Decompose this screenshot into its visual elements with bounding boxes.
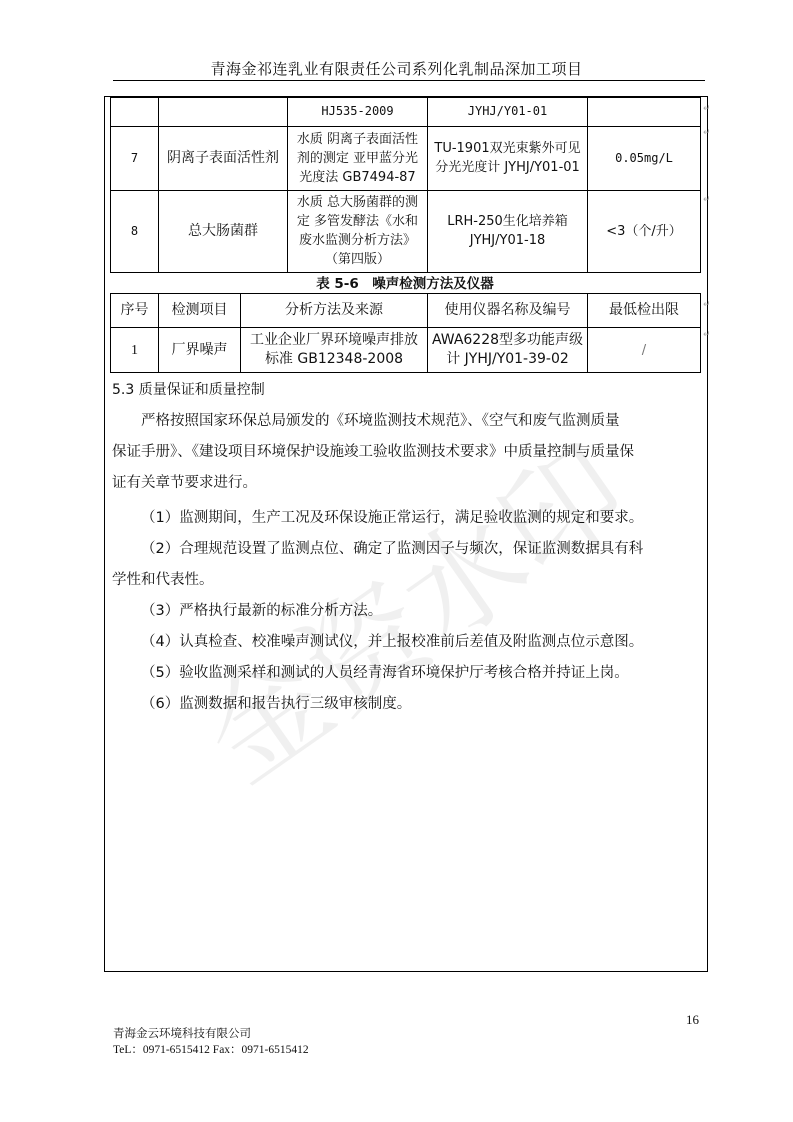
qc-item: （3）严格执行最新的标准分析方法。 — [141, 599, 382, 620]
table-row: 8 总大肠菌群 水质 总大肠菌群的测定 多管发酵法《水和废水监测分析方法》（第四… — [111, 190, 701, 272]
paragraph-mark-icon: ↵ — [703, 128, 711, 138]
table-row: 7 阴离子表面活性剂 水质 阴离子表面活性剂的测定 亚甲蓝分光光度法 GB749… — [111, 126, 701, 190]
qc-item: （2）合理规范设置了监测点位、确定了监测因子与频次，保证监测数据具有科 — [141, 537, 643, 558]
table-caption: 表 5-6 噪声检测方法及仪器 — [110, 272, 700, 292]
cell-method: HJ535-2009 — [288, 97, 428, 126]
table-noise-methods: 序号 检测项目 分析方法及来源 使用仪器名称及编号 最低检出限 1 厂界噪声 工… — [110, 293, 701, 373]
header-limit: 最低检出限 — [588, 294, 701, 328]
cell-instrument: JYHJ/Y01-01 — [428, 97, 588, 126]
cell-item: 厂界噪声 — [159, 328, 241, 373]
intro-line: 严格按照国家环保总局颁发的《环境监测技术规范》、《空气和废气监测质量 — [112, 406, 704, 437]
table-header-row: 序号 检测项目 分析方法及来源 使用仪器名称及编号 最低检出限 — [111, 294, 701, 328]
cell-instrument: LRH-250生化培养箱 JYHJ/Y01-18 — [428, 190, 588, 272]
table-row: HJ535-2009 JYHJ/Y01-01 — [111, 97, 701, 126]
cell-instrument: TU-1901双光束紫外可见分光光度计 JYHJ/Y01-01 — [428, 126, 588, 190]
intro-paragraph: 严格按照国家环保总局颁发的《环境监测技术规范》、《空气和废气监测质量 保证手册》… — [112, 406, 704, 499]
table-water-methods-continued: HJ535-2009 JYHJ/Y01-01 7 阴离子表面活性剂 水质 阴离子… — [110, 96, 701, 273]
qc-item: （5）验收监测采样和测试的人员经青海省环境保护厅考核合格并持证上岗。 — [141, 661, 629, 682]
section-heading: 5.3 质量保证和质量控制 — [112, 379, 265, 399]
qc-item: （1）监测期间，生产工况及环保设施正常运行，满足验收监测的规定和要求。 — [141, 506, 643, 527]
paragraph-mark-icon: ↵ — [703, 330, 711, 340]
footer-company: 青海金云环境科技有限公司 — [113, 1025, 251, 1041]
qc-item: （4）认真检查、校准噪声测试仪，并上报校准前后差值及附监测点位示意图。 — [141, 630, 643, 651]
cell-limit: <3（个/升） — [588, 190, 701, 272]
cell-no: 1 — [111, 328, 159, 373]
intro-line: 证有关章节要求进行。 — [112, 468, 704, 499]
cell-no: 7 — [111, 126, 159, 190]
qc-item: （6）监测数据和报告执行三级审核制度。 — [141, 692, 411, 713]
cell-limit: 0.05mg/L — [588, 126, 701, 190]
qc-item-continuation: 学性和代表性。 — [112, 568, 214, 589]
cell-method: 工业企业厂界环境噪声排放标准 GB12348-2008 — [241, 328, 428, 373]
footer-contact: TeL：0971-6515412 Fax：0971-6515412 — [113, 1041, 309, 1057]
header-method: 分析方法及来源 — [241, 294, 428, 328]
cell-no — [111, 97, 159, 126]
cell-method: 水质 阴离子表面活性剂的测定 亚甲蓝分光光度法 GB7494-87 — [288, 126, 428, 190]
page-number: 16 — [686, 1012, 699, 1028]
cell-limit — [588, 97, 701, 126]
cell-instrument: AWA6228型多功能声级计 JYHJ/Y01-39-02 — [428, 328, 588, 373]
table-row: 1 厂界噪声 工业企业厂界环境噪声排放标准 GB12348-2008 AWA62… — [111, 328, 701, 373]
cell-item: 总大肠菌群 — [159, 190, 288, 272]
cell-item: 阴离子表面活性剂 — [159, 126, 288, 190]
header-item: 检测项目 — [159, 294, 241, 328]
header-instrument: 使用仪器名称及编号 — [428, 294, 588, 328]
cell-method: 水质 总大肠菌群的测定 多管发酵法《水和废水监测分析方法》（第四版） — [288, 190, 428, 272]
header-rule — [113, 80, 705, 81]
paragraph-mark-icon: ↵ — [703, 300, 711, 310]
cell-item — [159, 97, 288, 126]
header-no: 序号 — [111, 294, 159, 328]
cell-no: 8 — [111, 190, 159, 272]
intro-line: 保证手册》、《建设项目环境保护设施竣工验收监测技术要求》中质量控制与质量保 — [112, 437, 704, 468]
document-header-title: 青海金祁连乳业有限责任公司系列化乳制品深加工项目 — [0, 58, 793, 79]
paragraph-mark-icon: ↵ — [703, 195, 711, 205]
paragraph-mark-icon: ↵ — [703, 104, 711, 114]
cell-limit: / — [588, 328, 701, 373]
